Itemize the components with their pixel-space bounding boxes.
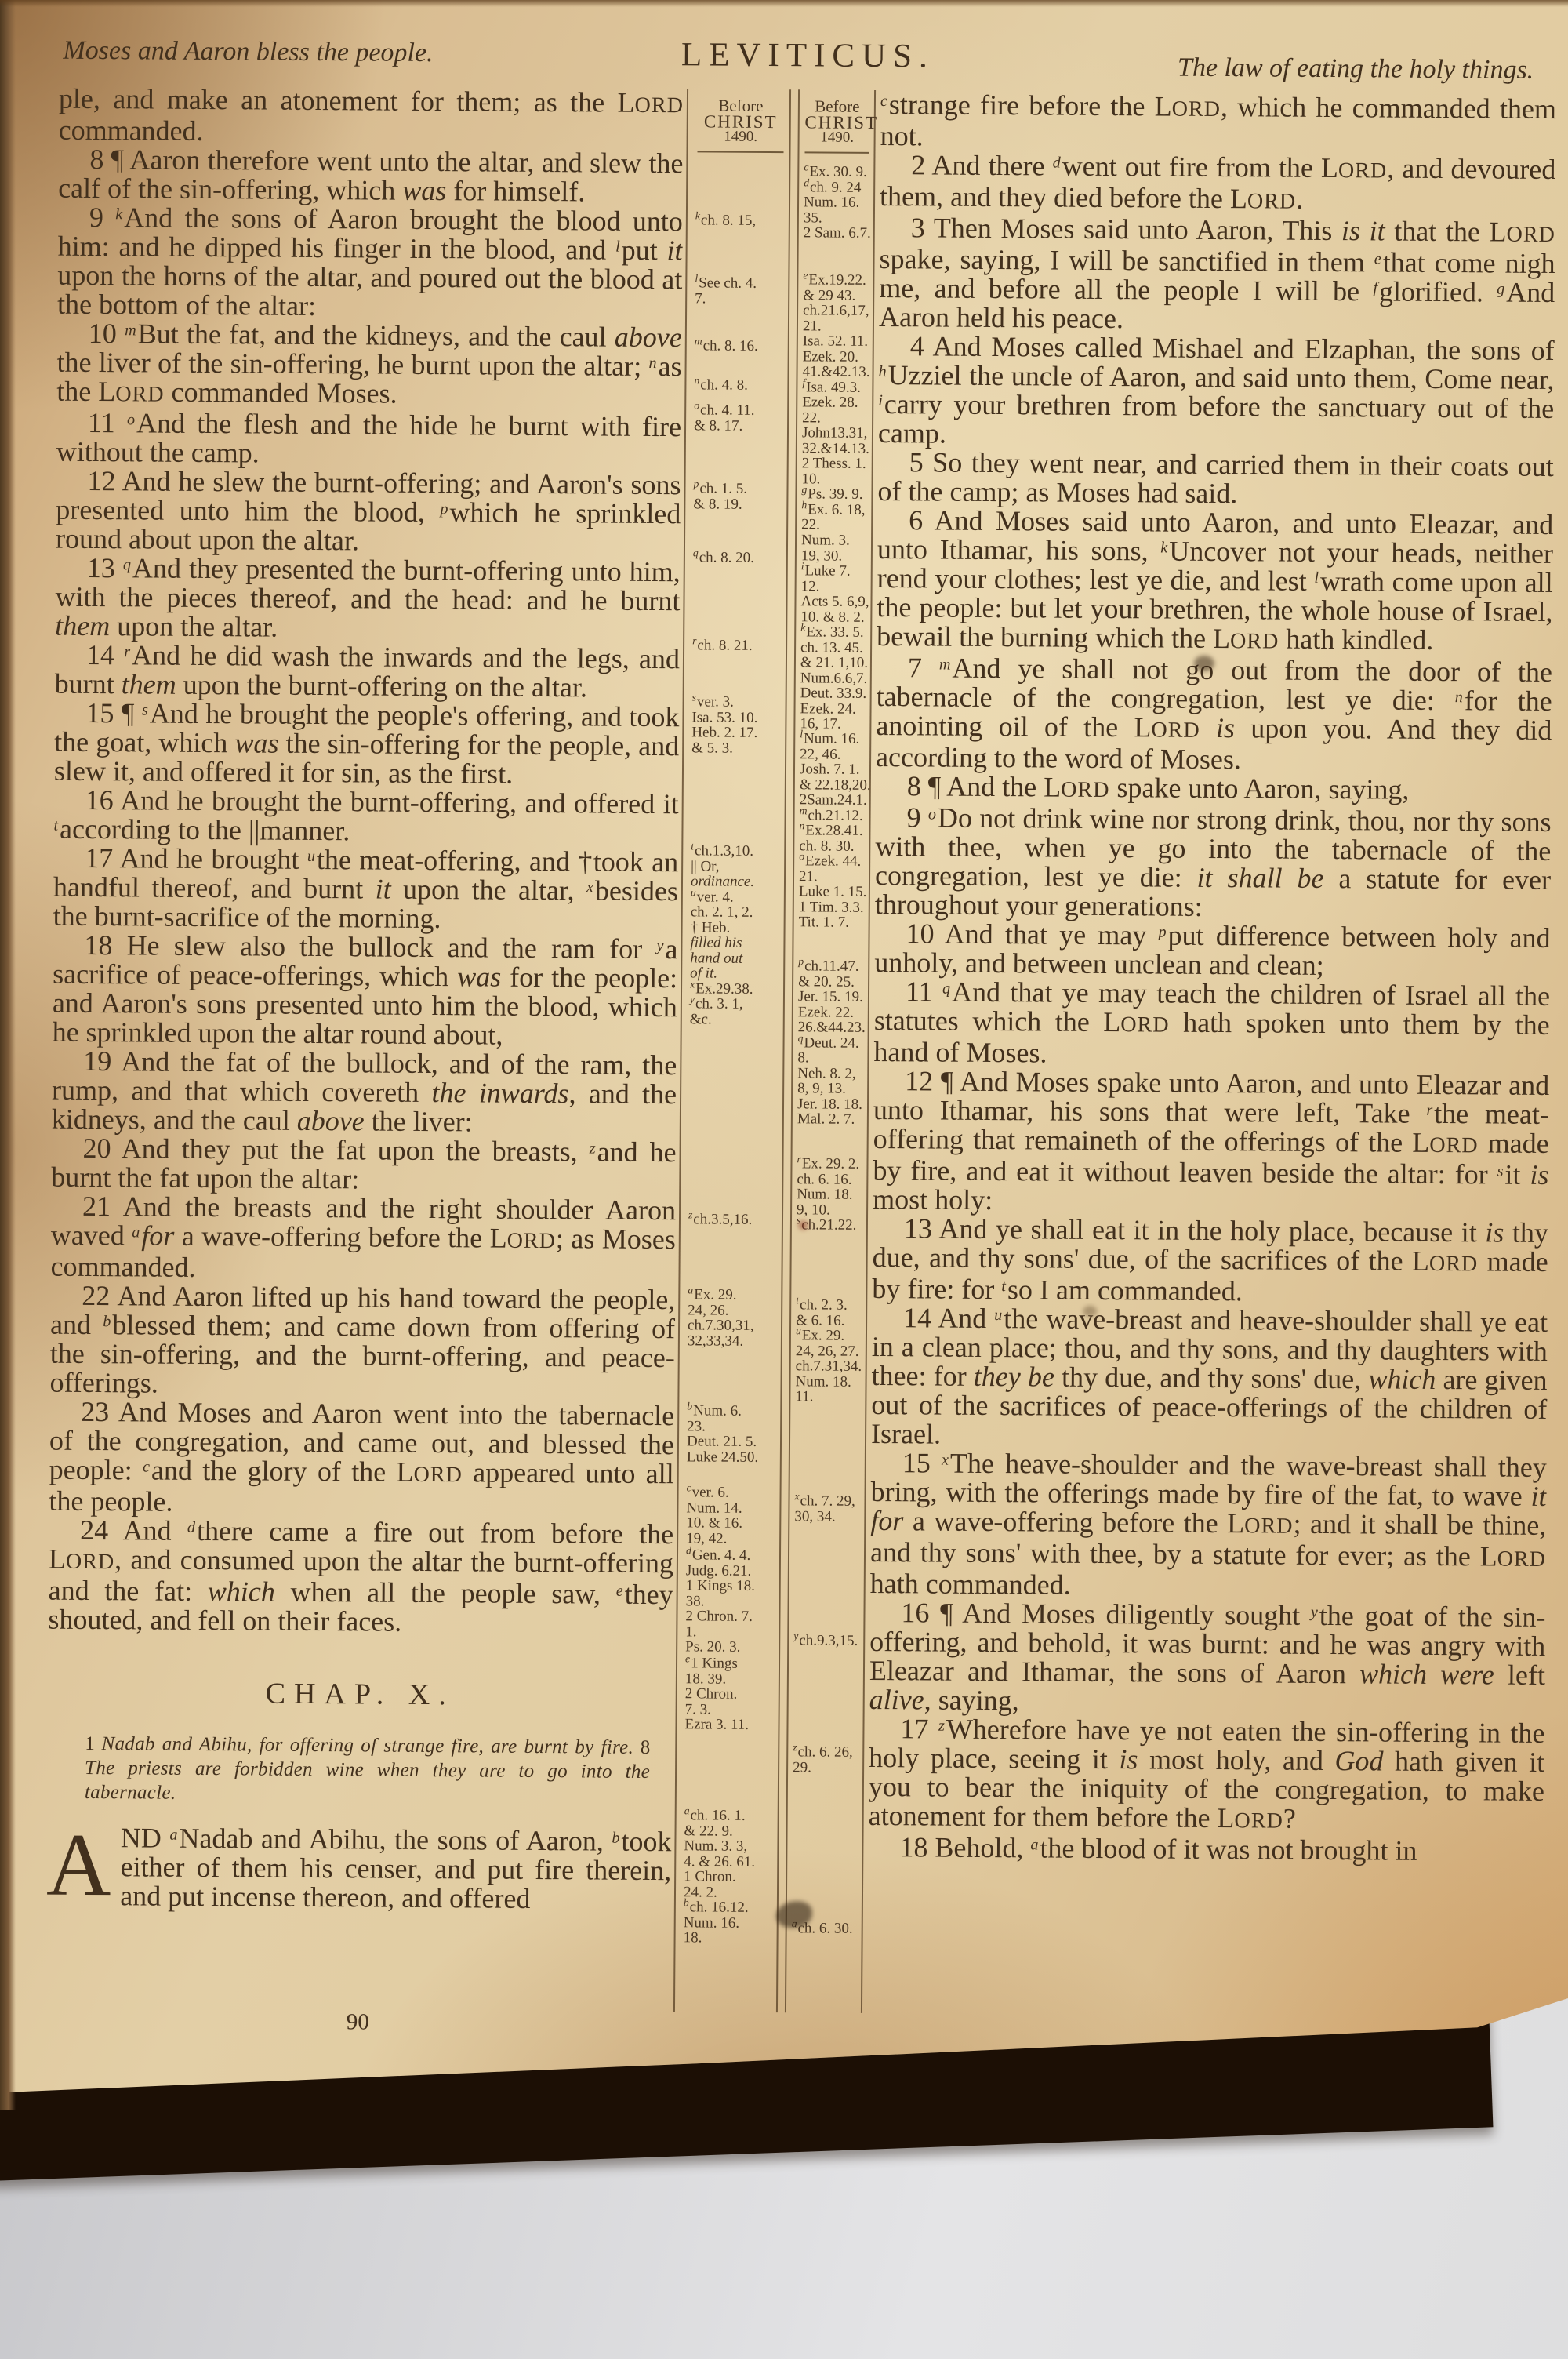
reference-letter: a (688, 1284, 693, 1296)
margin-reference-group: zch. 6. 26,29. (793, 1744, 861, 1776)
margin-reference-group: pch.11.47.& 20. 25.Jer. 15. 19.Ezek. 22.… (797, 958, 866, 1127)
reference-letter: x (942, 1452, 949, 1469)
margin-reference: cver. 6. (687, 1485, 779, 1500)
margin-reference: & 21. 1,10. (800, 655, 869, 671)
margin-reference: & 6. 16. (796, 1313, 864, 1329)
margin-reference: 8. (797, 1050, 866, 1066)
margin-reference: hand out (690, 951, 782, 966)
lord-smallcaps: LORD (1134, 711, 1200, 743)
margin-reference: gPs. 39. 9. (801, 486, 869, 502)
chapter-argument: 1 Nadab and Abihu, for offering of stran… (85, 1732, 651, 1808)
margin-reference: rEx. 29. 2. (797, 1156, 865, 1172)
verse-paragraph: 21 And the breasts and the right shoulde… (50, 1192, 676, 1286)
reference-letter: b (103, 1313, 111, 1330)
margin-reference: zch. 6. 26, (793, 1744, 861, 1760)
margin-reference: 32.&14.13. (802, 441, 870, 456)
margin-reference: ch. 2. 1, 2. (691, 904, 782, 920)
margin-reference: 9, 10. (797, 1202, 865, 1218)
chapter-heading: CHAP. X. (48, 1677, 673, 1713)
reference-letter: p (1158, 923, 1166, 940)
margin-reference: xEx.29.38. (690, 981, 782, 997)
reference-letter: k (1160, 539, 1167, 556)
reference-letter: z (938, 1717, 945, 1734)
margin-reference: 18. 39. (685, 1671, 777, 1687)
margin-reference-group: lSee ch. 4.7. (695, 275, 786, 307)
lord-smallcaps: LORD (1480, 1540, 1547, 1572)
margin-reference: 7. 3. (685, 1702, 777, 1717)
verse-paragraph: 4 And Moses called Mishael and Elzaphan,… (878, 332, 1555, 453)
margin-reference: ch. 8. 30. (799, 838, 867, 854)
verse-paragraph: 20 And they put the fat upon the breasts… (51, 1134, 676, 1197)
reference-letter: o (928, 805, 936, 823)
reference-letter: b (612, 1830, 619, 1847)
margin-reference: Acts 5. 6,9, (800, 594, 869, 609)
margin-reference: & 8. 19. (693, 496, 785, 512)
margin-reference-group: ach. 16. 1.& 22. 9.Num. 3. 3,4. & 26. 61… (684, 1808, 776, 1946)
reference-letter: s (142, 701, 148, 718)
reference-letter: b (687, 1400, 692, 1412)
margin-reference: dch. 9. 24 (804, 180, 872, 195)
margin-reference: och. 4. 11. (694, 402, 786, 418)
margin-reference: bch. 16.12. (684, 1899, 775, 1915)
margin-reference: 2 Thess. 1. (802, 456, 870, 471)
lord-smallcaps: LORD (1412, 1127, 1479, 1159)
reference-letter: e (803, 269, 808, 281)
drop-cap: A (46, 1823, 121, 1901)
margin-reference: 2 Chron. 7. (685, 1608, 777, 1624)
margin-reference: ch.21.6,17, (803, 303, 871, 318)
lord-smallcaps: LORD (98, 376, 165, 408)
running-head-right: The law of eating the holy things. (1178, 53, 1534, 85)
lord-smallcaps: LORD (1489, 216, 1555, 248)
reference-letter: f (1373, 279, 1377, 296)
reference-letter: d (187, 1519, 195, 1536)
margin-reference: 19, 30. (801, 548, 869, 564)
margin-reference: & 22.18,20. (800, 777, 868, 793)
margin-reference-group: cEx. 30. 9.dch. 9. 24Num. 16.35.2 Sam. 6… (804, 164, 873, 241)
margin-reference: Ezra 3. 11. (684, 1717, 776, 1732)
margin-reference: 8, 9, 13. (797, 1081, 866, 1096)
verse-paragraph: 10 And that ye may pput difference betwe… (874, 919, 1550, 982)
margin-reference: 41.&42.13. (802, 364, 870, 380)
reference-letter: g (1497, 280, 1504, 297)
reference-letter: r (797, 1153, 800, 1165)
reference-letter: e (685, 1652, 690, 1664)
reference-letter: d (686, 1544, 691, 1556)
margin-reference: fIsa. 49.3. (802, 380, 870, 395)
reference-letter: l (800, 728, 803, 740)
reference-letter: l (615, 238, 620, 256)
reference-letter: n (648, 354, 656, 372)
reference-letter: t (53, 817, 58, 834)
margin-reference: e1 Kings (685, 1656, 777, 1671)
margin-reference: & 5. 3. (691, 740, 783, 756)
reference-letter: y (690, 994, 695, 1005)
lord-smallcaps: LORD (1412, 1245, 1479, 1278)
margin-reference: 24, 26. (688, 1303, 779, 1318)
margin-reference-group: xch. 7. 29,30, 34. (794, 1493, 862, 1525)
reference-letter: a (1030, 1836, 1038, 1853)
margin-reference-group: nch. 4. 8. (694, 377, 786, 393)
verse-paragraph: 9 oDo not drink wine nor strong drink, t… (875, 803, 1552, 924)
photo-background: Moses and Aaron bless the people. LEVITI… (0, 0, 1568, 2359)
margin-reference: 10. & 8. 2. (800, 609, 869, 625)
verse-paragraph: 17 And he brought uthe meat-offering, an… (53, 844, 679, 936)
margin-reference: 10. & 16. (686, 1515, 778, 1531)
verse-paragraph: 16 And he brought the burnt-offering, an… (53, 786, 678, 849)
margin-reference-group: eEx.19.22.& 29 43.ch.21.6,17,21.Isa. 52.… (801, 272, 871, 533)
margin-reference: Ezek. 24. (800, 701, 868, 717)
reference-letter: o (694, 400, 699, 412)
margin-reference: ych. 3. 1, (690, 996, 782, 1012)
reference-letter: p (440, 500, 448, 518)
reference-letter: h (878, 363, 886, 380)
margin-reference: ch. 6. 16. (797, 1172, 865, 1187)
reference-letter: y (656, 937, 663, 954)
lord-smallcaps: LORD (1217, 1802, 1283, 1834)
reference-letter: q (798, 1032, 804, 1044)
reference-letter: z (688, 1209, 692, 1220)
reference-letter: f (802, 376, 805, 388)
margin-reference: 24. 2. (684, 1885, 775, 1900)
lord-smallcaps: LORD (1230, 183, 1297, 215)
reference-letter: n (799, 820, 804, 831)
verse-paragraph: 13 And ye shall eat it in the holy place… (872, 1214, 1548, 1308)
margin-reference: Neh. 8. 2, (797, 1066, 866, 1081)
reference-letter: u (691, 886, 696, 898)
reference-letter: l (1314, 569, 1319, 587)
reference-letter: c (880, 93, 887, 110)
christ-label: CHRIST (698, 114, 785, 129)
verse-paragraph: 24 And dthere came a fire out from befor… (48, 1516, 673, 1639)
lord-smallcaps: LORD (1155, 90, 1221, 122)
reference-letter: s (692, 692, 696, 703)
reference-letter: a (132, 1223, 140, 1241)
margin-reference: Luke 24.50. (687, 1449, 779, 1465)
reference-letter: h (801, 499, 807, 511)
reference-letter: o (799, 850, 804, 862)
reference-letter: t (691, 841, 694, 852)
margin-reference: rch. 8. 21. (692, 638, 784, 653)
reference-letter: m (695, 336, 702, 347)
margin-reference: dGen. 4. 4. (686, 1547, 778, 1563)
reference-column-header: Before CHRIST 1490. (697, 89, 784, 152)
margin-reference: oEzek. 44. (799, 853, 867, 869)
margin-reference: Num. 18. (795, 1374, 863, 1390)
margin-reference: pch.11.47. (798, 958, 866, 974)
margin-reference: lSee ch. 4. (695, 275, 786, 291)
text-area: ple, and make an atonement for them; as … (45, 85, 1558, 2024)
margin-reference-group: zch.3.5,16. (688, 1212, 780, 1227)
margin-reference: mch. 8. 16. (695, 338, 786, 354)
verse-paragraph: 7 mAnd ye shall not go out from the door… (876, 653, 1552, 776)
verse-paragraph: 18 Behold, athe blood of it was not brou… (868, 1833, 1544, 1866)
margin-reference: pch. 1. 5. (693, 481, 785, 496)
margin-reference-group: och. 4. 11.& 8. 17. (694, 402, 786, 434)
margin-reference-group: sver. 3.Isa. 53. 10.Heb. 2. 17.& 5. 3. (691, 694, 784, 756)
reference-letter: x (794, 1490, 799, 1502)
reference-letter: z (793, 1741, 797, 1753)
margin-reference: 24, 26, 27. (796, 1343, 864, 1359)
margin-reference: tch. 2. 3. (796, 1297, 864, 1313)
verse-paragraph: 22 And Aaron lifted up his hand toward t… (49, 1281, 675, 1402)
margin-reference: 21. (799, 869, 867, 885)
margin-reference: 12. (801, 579, 869, 594)
reference-letter: d (1053, 154, 1061, 171)
margin-reference-group: ych.9.3,15. (793, 1633, 862, 1648)
margin-reference-group: Num. 3.19, 30.iLuke 7.12.Acts 5. 6,9,10.… (800, 533, 869, 732)
margin-reference: bNum. 6. (687, 1403, 779, 1419)
verse-paragraph: 8 ¶ Aaron therefore went unto the altar,… (58, 145, 683, 208)
continuation-paragraph: ple, and make an atonement for them; as … (59, 85, 684, 150)
margin-reference: Jer. 18. 18. (797, 1096, 866, 1112)
margin-reference: Deut. 33.9. (800, 685, 869, 701)
margin-reference-group: tch. 2. 3.& 6. 16.uEx. 29.24, 26, 27.ch.… (795, 1297, 864, 1405)
margin-reference: Luke 1. 15. (799, 884, 867, 900)
margin-reference: cEx. 30. 9. (804, 164, 872, 180)
margin-reference: eEx.19.22. (803, 272, 871, 288)
verse-paragraph: 23 And Moses and Aaron went into the tab… (49, 1398, 674, 1521)
margin-reference: Num. 18. (797, 1187, 865, 1202)
margin-reference: & 22. 9. (684, 1823, 775, 1839)
lord-smallcaps: LORD (618, 87, 684, 119)
continuation-paragraph: cstrange fire before the LORD, which he … (880, 90, 1557, 155)
reference-letter: k (800, 621, 805, 633)
margin-reference-group: rch. 8. 21. (692, 638, 784, 653)
margin-reference: 2 Chron. (685, 1686, 777, 1702)
reference-letter: n (1455, 689, 1463, 706)
margin-reference: 32,33,34. (688, 1333, 779, 1349)
margin-reference: Isa. 52. 11. (803, 333, 871, 349)
margin-reference: Judg. 6.21. (686, 1563, 778, 1579)
ink-stain (1194, 656, 1214, 671)
verse-paragraph: 15 ¶ sAnd he brought the people's offeri… (54, 699, 680, 791)
reference-letter: y (793, 1630, 798, 1641)
margin-reference: John13.31, (802, 425, 870, 441)
margin-reference: 30, 34. (794, 1509, 862, 1525)
margin-reference: hEx. 6. 18, (801, 502, 869, 518)
verse-paragraph: 16 ¶ And Moses diligently sought ythe go… (869, 1598, 1546, 1719)
reference-letter: o (127, 411, 135, 428)
reference-letter: q (693, 547, 699, 559)
reference-letter: g (801, 483, 807, 495)
reference-letter: c (143, 1458, 150, 1475)
margin-reference-group: aEx. 29.24, 26.ch.7.30,31,32,33,34. (688, 1287, 780, 1349)
verse-paragraph: 18 He slew also the bullock and the ram … (53, 931, 678, 1052)
margin-reference: zch.3.5,16. (688, 1212, 780, 1227)
margin-reference: uver. 4. (691, 889, 782, 905)
margin-reference: Num.6.6,7. (800, 671, 869, 686)
margin-reference: 2 Sam. 6.7. (804, 225, 872, 241)
margin-reference: Num. 3. (801, 533, 869, 548)
margin-reference: ordinance. (691, 874, 782, 889)
reference-letter: t (1001, 1278, 1006, 1295)
margin-reference: Ezek. 28. (802, 394, 870, 410)
verse-paragraph: 15 xThe heave-shoulder and the wave-brea… (870, 1448, 1547, 1603)
margin-reference: 21. (803, 318, 871, 334)
reference-letter: r (124, 643, 130, 660)
margin-reference: Ezek. 20. (803, 349, 871, 365)
lord-smallcaps: LORD (1321, 152, 1388, 184)
verse-paragraph: 11 oAnd the flesh and the hide he burnt … (56, 409, 681, 471)
reference-letter: i (801, 560, 804, 572)
reference-letter: i (878, 392, 883, 409)
margin-reference: ch.7.30,31, (688, 1318, 779, 1333)
reference-letter: p (693, 478, 699, 490)
reference-letter: m (125, 322, 136, 339)
margin-reference: of it. (690, 965, 782, 981)
margin-reference: 1. (685, 1624, 777, 1640)
verse-paragraph: 5 So they went near, and carried them in… (877, 448, 1553, 511)
verse-paragraph: 13 qAnd they presented the burnt-offerin… (55, 554, 681, 645)
foxing-spot (798, 1220, 808, 1230)
margin-reference: nch. 4. 8. (694, 377, 786, 393)
reference-letter: l (695, 273, 698, 285)
reference-letter: c (804, 161, 808, 173)
margin-reference: ach. 16. 1. (684, 1808, 776, 1823)
page-number: 90 (45, 2008, 670, 2038)
margin-reference: 38. (686, 1594, 778, 1609)
verse-paragraph: 9 kAnd the sons of Aaron brought the blo… (57, 203, 683, 324)
page-content: Moses and Aaron bless the people. LEVITI… (0, 0, 1568, 2096)
margin-reference: Isa. 53. 10. (691, 710, 783, 725)
margin-reference-group: qch. 8. 20. (693, 550, 785, 565)
reference-letter: k (115, 205, 122, 223)
reference-letter: z (590, 1140, 596, 1157)
reference-letter: r (1426, 1102, 1432, 1119)
reference-letter: m (800, 805, 808, 816)
margin-reference: || Or, (691, 859, 782, 874)
margin-reference: tch.1.3,10. (691, 843, 782, 859)
margin-reference: 18. (684, 1930, 775, 1946)
margin-reference-group: cver. 6.Num. 14.10. & 16.19, 42. (686, 1485, 779, 1547)
reference-letter: u (796, 1325, 801, 1336)
margin-reference-group: kch. 8. 15, (695, 213, 787, 228)
margin-reference: kEx. 33. 5. (800, 624, 869, 640)
margin-reference: 16, 17. (800, 716, 868, 732)
margin-reference: 19, 42. (686, 1531, 778, 1547)
margin-reference: 10. (802, 471, 870, 487)
margin-reference: Mal. 2. 7. (797, 1111, 866, 1127)
margin-reference-group: lNum. 16.22, 46.Josh. 7. 1.& 22.18,20.2S… (799, 731, 869, 930)
lord-smallcaps: LORD (1227, 1507, 1294, 1539)
dropcap-paragraph: AND aNadab and Abihu, the sons of Aaron,… (46, 1823, 672, 1915)
margin-reference: kch. 8. 15, (695, 213, 787, 228)
verse-paragraph: 12 And he slew the burnt-offering; and A… (56, 467, 681, 558)
reference-letter: s (1497, 1162, 1504, 1179)
reference-letter: p (798, 955, 804, 967)
verse-paragraph: 12 ¶ And Moses spake unto Aaron, and unt… (873, 1067, 1549, 1219)
reference-letter: t (796, 1294, 799, 1306)
reference-letter: r (692, 635, 696, 647)
margin-reference: filled his (690, 935, 782, 951)
margin-reference: 29. (793, 1760, 861, 1776)
lord-smallcaps: LORD (49, 1543, 115, 1576)
margin-reference: 1 Tim. 3.3. (799, 900, 867, 915)
reference-letter: b (684, 1896, 689, 1908)
lord-smallcaps: LORD (490, 1223, 557, 1255)
verse-paragraph: 2 And there dwent out fire from the LORD… (880, 151, 1556, 218)
margin-reference: iLuke 7. (801, 563, 869, 579)
margin-reference: & 8. 17. (694, 418, 786, 434)
lord-smallcaps: LORD (1044, 771, 1110, 803)
reference-letter: u (994, 1307, 1002, 1324)
right-reference-column: Before CHRIST 1490. cEx. 30. 9.dch. 9. 2… (789, 89, 873, 2013)
verse-paragraph: 6 And Moses said unto Aaron, and unto El… (877, 506, 1553, 658)
reference-letter: a (169, 1826, 177, 1844)
margin-reference: 26.&44.23. (798, 1020, 866, 1035)
margin-reference: Josh. 7. 1. (800, 761, 868, 777)
verse-paragraph: 17 zWherefore have ye not eaten the sin-… (869, 1714, 1545, 1837)
margin-reference-group: mch. 8. 16. (695, 338, 786, 354)
margin-reference: nEx.28.41. (799, 823, 867, 838)
verse-paragraph: 19 And the fat of the bullock, and of th… (52, 1047, 677, 1139)
lord-smallcaps: LORD (1103, 1006, 1170, 1038)
margin-reference: ch. 13. 45. (800, 640, 869, 656)
verse-paragraph: 10 mBut the fat, and the kidneys, and th… (56, 319, 682, 413)
margin-reference: Num. 3. 3, (684, 1838, 775, 1854)
reference-letter: k (695, 210, 700, 222)
margin-reference: 1 Chron. (684, 1869, 775, 1885)
verse-paragraph: 3 Then Moses said unto Aaron, This is it… (879, 213, 1555, 336)
reference-column-header: Before CHRIST 1490. (804, 89, 869, 153)
margin-reference: lNum. 16. (800, 731, 868, 747)
margin-reference: ch.7.31,34. (796, 1358, 864, 1374)
margin-reference: 11. (795, 1389, 863, 1405)
left-reference-column: Before CHRIST 1490. kch. 8. 15,lSee ch. … (681, 89, 788, 2012)
lord-smallcaps: LORD (396, 1456, 463, 1488)
verse-paragraph: 14 rAnd he did wash the inwards and the … (55, 641, 680, 703)
margin-reference: Num. 16. (684, 1915, 775, 1931)
margin-reference: Num. 16. (804, 194, 872, 210)
year-label: 1490. (804, 129, 869, 145)
margin-reference: 22. (801, 517, 869, 533)
reference-letter: a (684, 1805, 690, 1816)
reference-letter: n (694, 375, 699, 387)
reference-letter: d (804, 176, 809, 188)
margin-reference: ych.9.3,15. (793, 1633, 862, 1648)
margin-reference: 4. & 26. 61. (684, 1854, 775, 1870)
margin-reference: xch. 7. 29, (794, 1493, 862, 1509)
margin-reference: sver. 3. (692, 694, 784, 710)
margin-reference: 22. (802, 410, 870, 426)
margin-reference-group: bNum. 6.23.Deut. 21. 5.Luke 24.50. (687, 1403, 779, 1465)
margin-reference: qch. 8. 20. (693, 550, 785, 565)
margin-reference-group: tch.1.3,10.|| Or,ordinance.uver. 4.ch. 2… (690, 843, 783, 1027)
reference-letter: x (586, 878, 593, 896)
margin-reference: 2Sam.24.1. (800, 792, 868, 808)
verse-paragraph: 11 qAnd that ye may teach the children o… (873, 977, 1550, 1071)
right-text-column: cstrange fire before the LORD, which he … (867, 90, 1556, 2018)
margin-reference: 7. (695, 291, 786, 307)
verse-paragraph: 14 And uthe wave-breast and heave-should… (871, 1303, 1548, 1453)
margin-reference: mch.21.12. (800, 808, 868, 823)
margin-reference: &c. (690, 1012, 782, 1027)
margin-reference-group: e1 Kings18. 39.2 Chron.7. 3.Ezra 3. 11. (684, 1656, 777, 1732)
margin-reference: 22, 46. (800, 747, 868, 762)
margin-reference: & 29 43. (803, 288, 871, 304)
margin-reference: qDeut. 24. (798, 1035, 866, 1051)
reference-letter: x (690, 978, 695, 990)
reference-letter: e (616, 1583, 623, 1600)
margin-reference: Ps. 20. 3. (685, 1639, 777, 1655)
margin-reference: Ezek. 22. (798, 1005, 866, 1020)
margin-reference-group: pch. 1. 5.& 8. 19. (693, 481, 785, 512)
margin-reference: Heb. 2. 17. (691, 725, 783, 740)
margin-reference: Tit. 1. 7. (799, 914, 867, 930)
margin-reference: Deut. 21. 5. (687, 1434, 779, 1449)
reference-letter: c (687, 1481, 691, 1493)
